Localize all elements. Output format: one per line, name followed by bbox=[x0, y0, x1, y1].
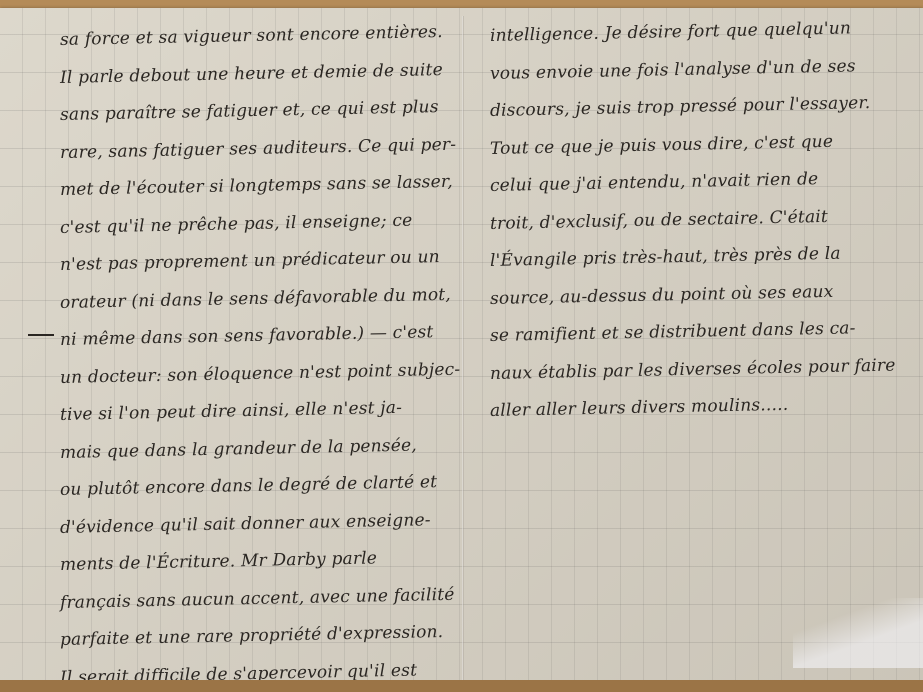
letter-sheet: sa force et sa vigueur sont encore entiè… bbox=[0, 8, 923, 680]
left-page: sa force et sa vigueur sont encore entiè… bbox=[60, 18, 460, 692]
page-fold bbox=[462, 16, 464, 688]
light-reflection bbox=[793, 598, 923, 668]
table-surface-top bbox=[0, 0, 923, 8]
text-line: aller aller leurs divers moulins..... bbox=[490, 385, 891, 431]
right-page: intelligence. Je désire fort que quelqu'… bbox=[490, 18, 890, 431]
table-surface-bottom bbox=[0, 680, 923, 692]
margin-dash-mark bbox=[28, 334, 54, 336]
